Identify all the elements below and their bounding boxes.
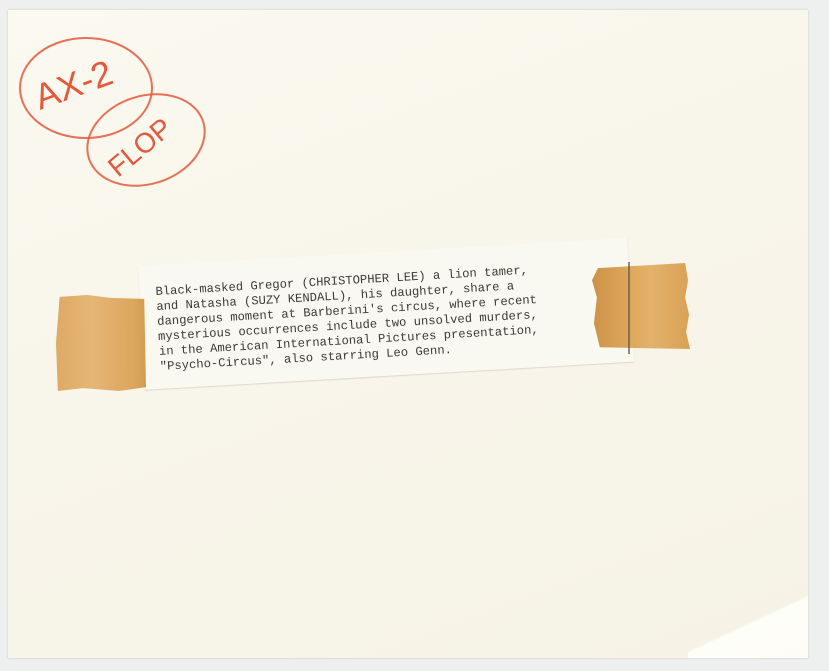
mark-ax2: AX-2 [29, 52, 118, 118]
tape-right [592, 263, 690, 349]
caption-text: Black-masked Gregor (CHRISTOPHER LEE) a … [155, 263, 540, 375]
tape-left [56, 295, 146, 391]
tape-edge-line [628, 262, 630, 354]
mark-flop: FLOP [102, 112, 178, 183]
corner-curl [688, 588, 808, 658]
handwritten-grease-pencil-marks: AX-2 FLOP [8, 10, 228, 210]
